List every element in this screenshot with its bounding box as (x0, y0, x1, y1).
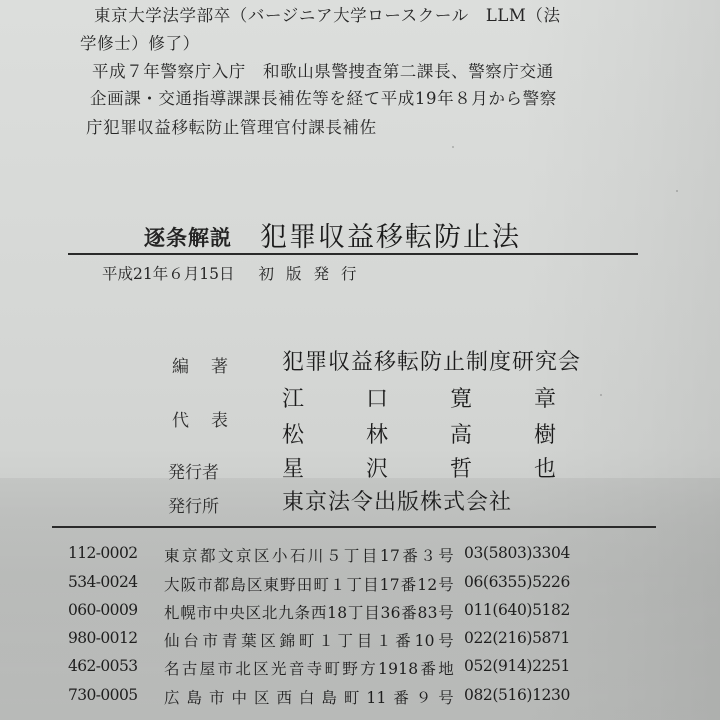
publisher-person: 星沢哲也 (282, 452, 618, 483)
bio-line: 企画課・交通指導課課長補佐等を経て平成19年８月から警察 (90, 89, 557, 109)
representative-name: 江口寛章 (282, 382, 618, 413)
office-tel: 022(216)5871 (464, 629, 570, 647)
office-address: 名古屋市北区光音寺町野方1918番地 (164, 657, 454, 679)
office-zip: 060-0009 (68, 601, 137, 619)
office-address: 東京都文京区小石川５丁目17番３号 (164, 544, 454, 566)
office-tel: 082(516)1230 (464, 686, 570, 704)
publisher-label: 発行所 (168, 492, 219, 517)
book-subtitle: 逐条解説 (144, 222, 232, 252)
office-zip: 112-0002 (68, 544, 137, 562)
bio-line: 東京大学法学部卒（バージニア大学ロースクール LLM（法 (94, 6, 561, 26)
editor-value: 犯罪収益移転防止制度研究会 (282, 345, 581, 376)
office-zip: 534-0024 (68, 573, 137, 591)
bio-line: 平成７年警察庁入庁 和歌山県警捜査第二課長、警察庁交通 (92, 62, 554, 82)
bio-line: 学修士）修了） (80, 34, 200, 54)
office-tel: 011(640)5182 (464, 601, 570, 619)
bio-line: 庁犯罪収益移転防止管理官付課長補佐 (86, 118, 377, 138)
office-zip: 980-0012 (68, 629, 137, 647)
paper-speck (676, 190, 678, 192)
paper-speck (452, 146, 454, 148)
imprint-rule (52, 526, 656, 528)
publisher-person-label: 発行者 (168, 458, 219, 483)
representative-label: 代表 (172, 406, 250, 431)
office-address: 広島市中区西白島町11番９号 (164, 686, 454, 708)
representative-name: 松林高樹 (282, 418, 618, 449)
office-tel: 03(5803)3304 (464, 544, 570, 562)
office-address: 大阪市都島区東野田町１丁目17番12号 (164, 573, 454, 595)
paper-speck (600, 394, 602, 396)
office-tel: 06(6355)5226 (464, 573, 570, 591)
editor-label: 編著 (172, 352, 250, 377)
office-address: 札幌市中央区北九条西18丁目36番83号 (164, 601, 454, 623)
publisher-value: 東京法令出版株式会社 (282, 485, 512, 516)
office-address: 仙台市青葉区錦町１丁目１番10号 (164, 629, 454, 651)
office-tel: 052(914)2251 (464, 657, 570, 675)
office-zip: 730-0005 (68, 686, 137, 704)
book-title: 犯罪収益移転防止法 (260, 215, 521, 254)
edition-line: 平成21年６月15日初版発行 (102, 262, 368, 284)
office-zip: 462-0053 (68, 657, 137, 675)
book-colophon-page: 東京大学法学部卒（バージニア大学ロースクール LLM（法 学修士）修了） 平成７… (0, 0, 720, 720)
title-rule (68, 253, 638, 255)
edition-date: 平成21年６月15日 (102, 265, 234, 283)
edition-label: 初版発行 (258, 265, 368, 283)
